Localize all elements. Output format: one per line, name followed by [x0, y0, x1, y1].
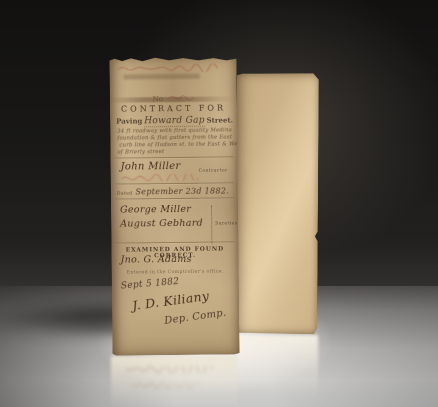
street-label: Street. [206, 115, 233, 124]
description-line: curb line of Hudson st. to the East & We… [119, 141, 243, 148]
subject-line: Paving Howard Gap Street. [116, 115, 233, 127]
faint-stamp [124, 74, 200, 80]
description-line: 34 ft roadway with first quality Medina [117, 127, 232, 134]
contract-front-panel: No CONTRACT FOR Paving Howard Gap Street… [109, 56, 239, 355]
dated-value: September 23d 1882. [135, 186, 229, 196]
sureties-brace [211, 206, 212, 244]
dated-label: Dated [117, 191, 133, 196]
document-back-flap [235, 73, 319, 335]
divider-rule [115, 182, 234, 184]
faint-red-notation [118, 63, 222, 72]
divider-rule [115, 241, 234, 243]
description-line: of Brierly street [117, 149, 164, 155]
reflected-handwriting [125, 366, 215, 373]
divider-rule [115, 197, 234, 199]
photo-stage: No CONTRACT FOR Paving Howard Gap Street… [0, 0, 438, 407]
divider-rule [114, 156, 233, 158]
street-name-handwritten: Howard Gap [144, 116, 205, 128]
entry-date: Sept 5 1882 [121, 277, 180, 292]
reflected-handwriting [131, 382, 201, 389]
contractor-label: Contractor [199, 168, 228, 173]
surety-signature-2: August Gebhard [120, 218, 203, 230]
description-line: foundation & flat gutters from the East [117, 134, 232, 141]
sureties-label: Sureties [215, 221, 237, 226]
front-panel-reflection [111, 356, 238, 407]
comptroller-title: Dep. Comp. [164, 308, 227, 327]
faint-red-address [121, 174, 199, 182]
entered-line: Entered in the Comptroller's office. [112, 269, 239, 275]
contract-number-row: No [110, 85, 237, 96]
comptroller-signature: J. D. Kiliany [131, 288, 210, 313]
dated-line: Dated September 23d 1882. [117, 186, 229, 196]
contractor-signature: John Miller [121, 161, 181, 173]
examiner-signature: Jno. G. Adams [121, 254, 192, 266]
contract-title: CONTRACT FOR [110, 103, 237, 113]
stain-band [112, 96, 235, 102]
paving-label: Paving [116, 116, 142, 125]
flap-reflection [238, 335, 318, 397]
surety-signature-1: George Miller [120, 204, 191, 216]
